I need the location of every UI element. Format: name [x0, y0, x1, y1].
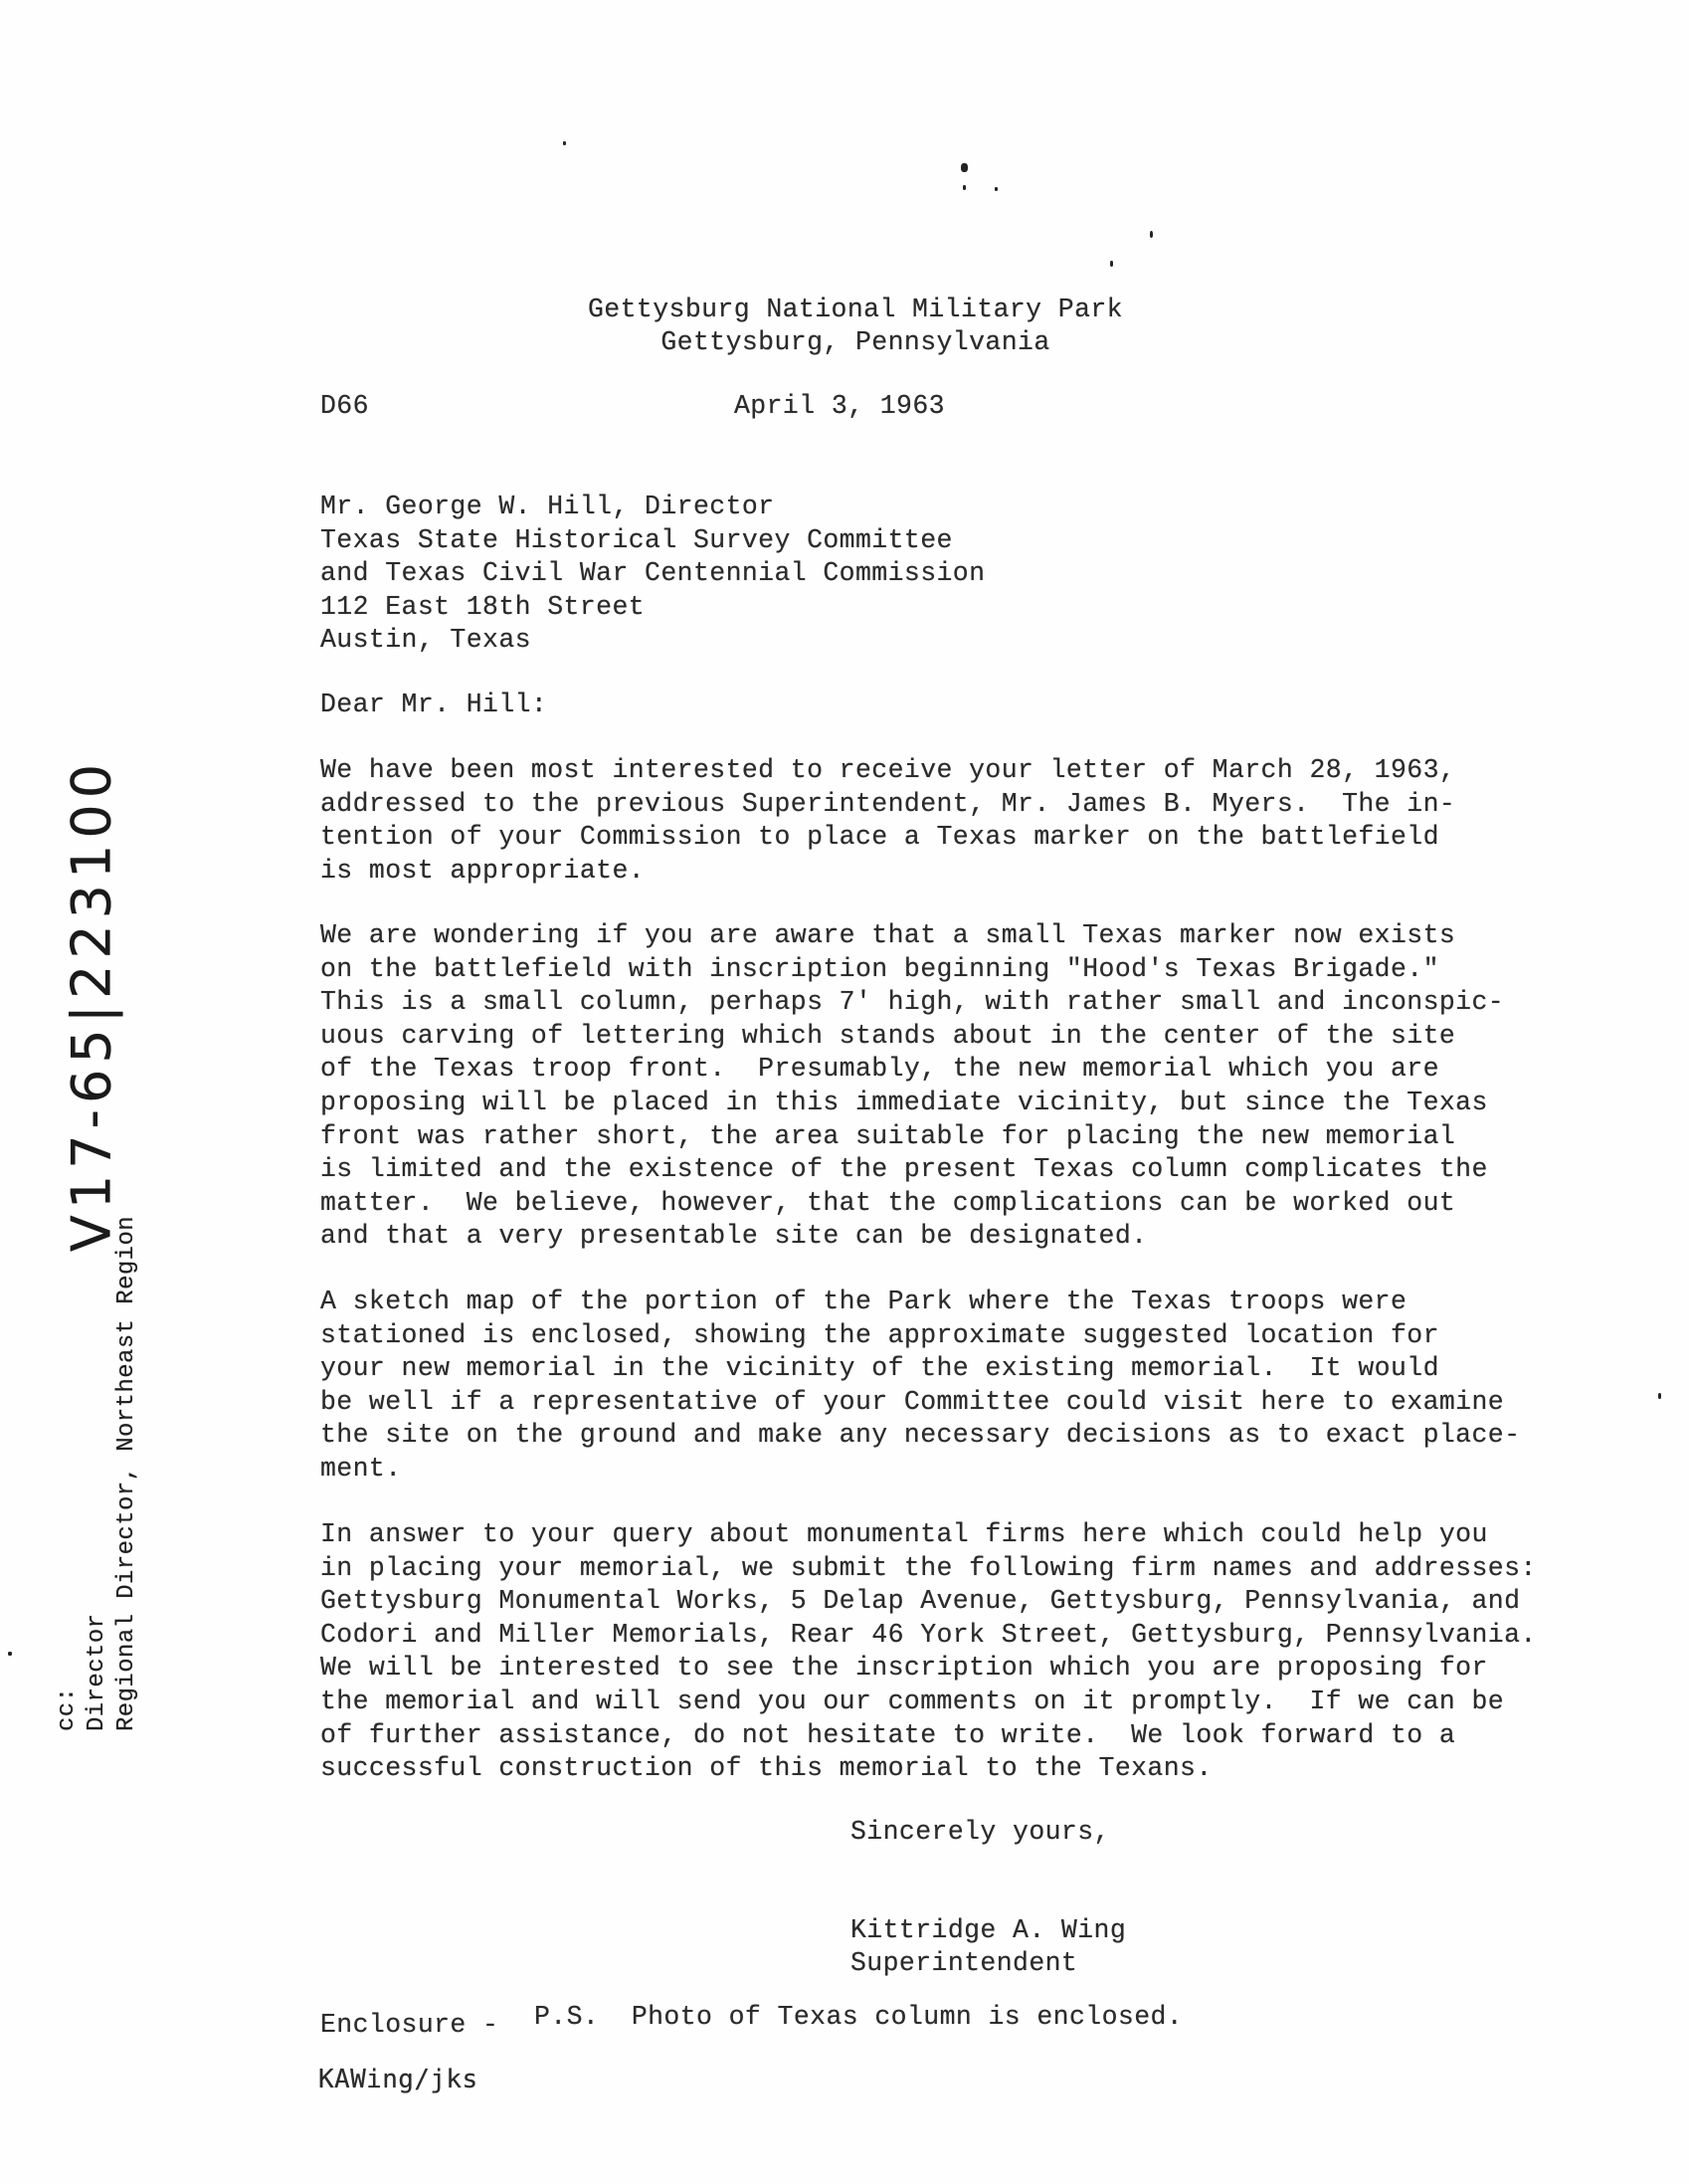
paragraph-line: proposing will be placed in this immedia… — [320, 1087, 1504, 1120]
paragraph-line: Gettysburg Monumental Works, 5 Delap Ave… — [320, 1585, 1537, 1619]
scan-speck — [961, 163, 968, 172]
letterhead-organization: Gettysburg National Military Park — [298, 295, 1412, 324]
letter-page: V17-65|223100 cc: Director Regional Dire… — [0, 0, 1689, 2184]
paragraph-line: is limited and the existence of the pres… — [320, 1153, 1504, 1187]
body-paragraph-2: We are wondering if you are aware that a… — [320, 919, 1504, 1254]
paragraph-line: addressed to the previous Superintendent… — [320, 788, 1455, 822]
address-line: and Texas Civil War Centennial Commissio… — [320, 557, 985, 591]
inside-address: Mr. George W. Hill, DirectorTexas State … — [320, 491, 985, 658]
paragraph-line: We have been most interested to receive … — [320, 754, 1455, 788]
cc-recipient: Director — [84, 1614, 110, 1731]
address-line: Mr. George W. Hill, Director — [320, 491, 985, 524]
paragraph-line: matter. We believe, however, that the co… — [320, 1187, 1504, 1221]
complimentary-closing: Sincerely yours, — [850, 1817, 1110, 1847]
paragraph-line: We will be interested to see the inscrip… — [320, 1652, 1537, 1686]
postscript: P.S. Photo of Texas column is enclosed. — [534, 2002, 1183, 2032]
letterhead-location: Gettysburg, Pennsylvania — [298, 327, 1412, 357]
letter-date: April 3, 1963 — [734, 391, 945, 421]
paragraph-line: ment. — [320, 1453, 1520, 1487]
paragraph-line: the site on the ground and make any nece… — [320, 1419, 1520, 1453]
body-paragraph-1: We have been most interested to receive … — [320, 754, 1455, 888]
scan-speck — [563, 141, 566, 145]
reference-initials: KAWing/jks — [318, 2065, 478, 2094]
body-paragraph-3: A sketch map of the portion of the Park … — [320, 1286, 1520, 1487]
paragraph-line: of further assistance, do not hesitate t… — [320, 1719, 1537, 1753]
paragraph-line: and that a very presentable site can be … — [320, 1220, 1504, 1254]
signer-title: Superintendent — [850, 1948, 1077, 1978]
paragraph-line: tention of your Commission to place a Te… — [320, 821, 1455, 855]
paragraph-line: This is a small column, perhaps 7' high,… — [320, 986, 1504, 1020]
paragraph-line: stationed is enclosed, showing the appro… — [320, 1319, 1520, 1353]
signer-name: Kittridge A. Wing — [850, 1915, 1126, 1945]
paragraph-line: Codori and Miller Memorials, Rear 46 Yor… — [320, 1619, 1537, 1653]
paragraph-line: is most appropriate. — [320, 855, 1455, 889]
cc-block: cc: Director Regional Director, Northeas… — [53, 1134, 142, 1731]
enclosure-notation: Enclosure - — [320, 2010, 498, 2040]
cc-label: cc: — [54, 1688, 81, 1731]
salutation: Dear Mr. Hill: — [320, 690, 547, 719]
body-paragraph-4: In answer to your query about monumental… — [320, 1518, 1537, 1786]
scan-speck — [1150, 231, 1153, 238]
address-line: Texas State Historical Survey Committee — [320, 524, 985, 558]
paragraph-line: We are wondering if you are aware that a… — [320, 919, 1504, 953]
paragraph-line: on the battlefield with inscription begi… — [320, 953, 1504, 987]
paragraph-line: your new memorial in the vicinity of the… — [320, 1352, 1520, 1386]
scan-speck — [1110, 261, 1113, 267]
paragraph-line: of the Texas troop front. Presumably, th… — [320, 1053, 1504, 1087]
file-code: D66 — [320, 391, 369, 421]
address-line: Austin, Texas — [320, 624, 985, 658]
address-line: 112 East 18th Street — [320, 591, 985, 625]
paragraph-line: A sketch map of the portion of the Park … — [320, 1286, 1520, 1319]
paragraph-line: be well if a representative of your Comm… — [320, 1386, 1520, 1420]
paragraph-line: the memorial and will send you our comme… — [320, 1686, 1537, 1719]
paragraph-line: uous carving of lettering which stands a… — [320, 1020, 1504, 1054]
scan-speck — [1658, 1393, 1661, 1399]
cc-recipient: Regional Director, Northeast Region — [113, 1216, 140, 1731]
paragraph-line: successful construction of this memorial… — [320, 1752, 1537, 1786]
paragraph-line: front was rather short, the area suitabl… — [320, 1120, 1504, 1154]
paragraph-line: In answer to your query about monumental… — [320, 1518, 1537, 1552]
scan-speck — [8, 1652, 12, 1656]
paragraph-line: in placing your memorial, we submit the … — [320, 1552, 1537, 1586]
scan-speck — [963, 185, 966, 190]
scan-speck — [995, 187, 998, 191]
